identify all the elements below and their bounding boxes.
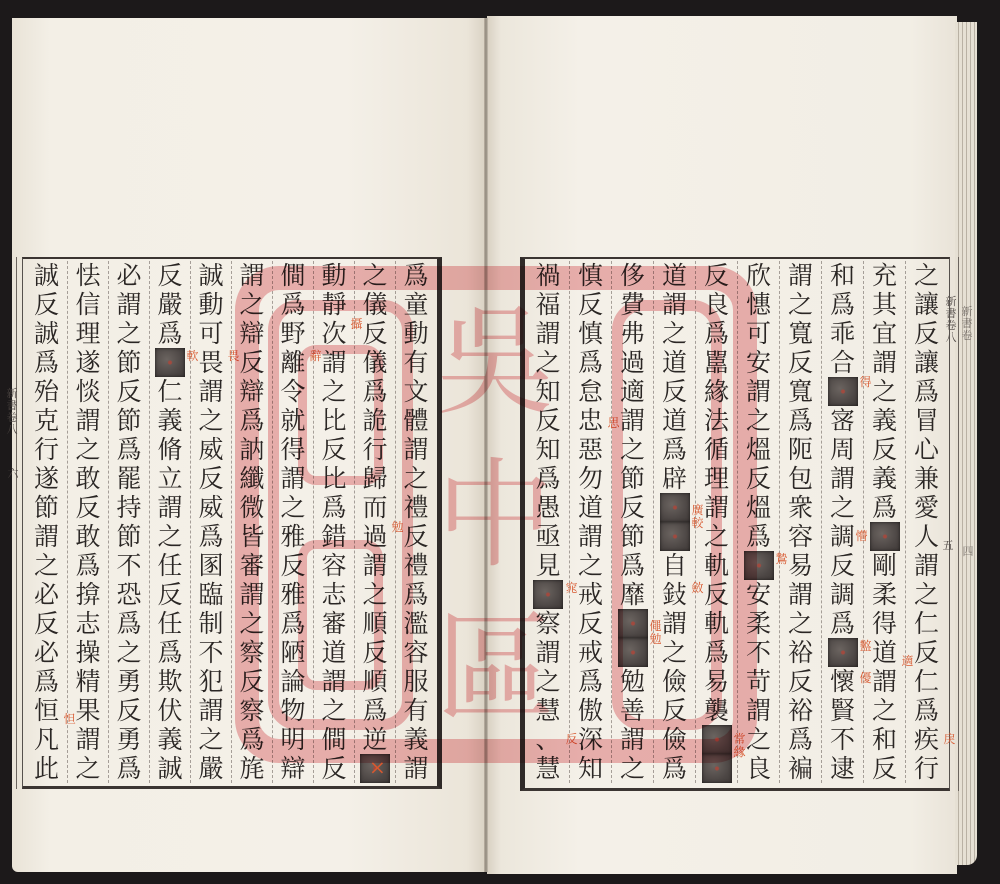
character: 審 xyxy=(232,551,272,580)
character: 反 xyxy=(527,406,569,435)
character: 反 xyxy=(109,377,149,406)
character: 讓 xyxy=(906,348,947,377)
character: 之 xyxy=(109,319,149,348)
character: 必 xyxy=(109,261,149,290)
red-correction-annotation: 攝 xyxy=(350,318,363,331)
character: 謂 xyxy=(355,551,395,580)
ink-block xyxy=(155,348,185,377)
character: 疾 xyxy=(906,725,947,754)
red-correction-annotation: 反 xyxy=(565,733,578,746)
text-column: 道謂之道反道爲辟自鈙謂之儉反儉爲廣較斂 xyxy=(653,261,695,783)
character: 懷 xyxy=(822,667,863,696)
character: 爲 xyxy=(355,377,395,406)
character: 軌 xyxy=(696,551,737,580)
character: 爲 xyxy=(527,464,569,493)
character: 動 xyxy=(314,261,354,290)
character: 嚴 xyxy=(150,290,190,319)
character: 之 xyxy=(26,551,67,580)
red-correction-annotation: 怛 xyxy=(63,713,76,726)
character: 爲 xyxy=(780,725,821,754)
text-column: 之讓反讓爲冒心兼愛人謂之仁反仁爲疾行戾 xyxy=(905,261,947,783)
character: 反 xyxy=(314,754,354,783)
red-correction-annotation: 適 xyxy=(901,655,914,668)
character: 爲 xyxy=(906,377,947,406)
character: 節 xyxy=(612,522,653,551)
character: 行 xyxy=(355,435,395,464)
character: 服 xyxy=(396,667,436,696)
character: 謂 xyxy=(68,725,108,754)
character: 義 xyxy=(150,725,190,754)
character: 爲 xyxy=(738,522,779,551)
red-correction-annotation: 得 xyxy=(859,376,872,389)
character: 察 xyxy=(527,609,569,638)
character: 容 xyxy=(780,522,821,551)
character: 仁 xyxy=(150,377,190,406)
character: 恒 xyxy=(26,696,67,725)
character: 微 xyxy=(232,493,272,522)
character: 勇 xyxy=(109,725,149,754)
red-correction-annotation: 鷙 xyxy=(775,553,788,566)
character: 節 xyxy=(109,522,149,551)
character: 反 xyxy=(654,377,695,406)
character: 、 xyxy=(527,725,569,754)
character: 愛 xyxy=(906,493,947,522)
character: 褊 xyxy=(780,754,821,783)
text-column: 禍福謂之知反知爲愚亟見察謂之慧、慧窕反 xyxy=(527,261,569,783)
character: 得 xyxy=(864,609,905,638)
character: 次 xyxy=(314,319,354,348)
character: 比 xyxy=(314,406,354,435)
character: 反 xyxy=(780,667,821,696)
character: 之 xyxy=(273,493,313,522)
character: 熅 xyxy=(738,435,779,464)
character: 義 xyxy=(396,725,436,754)
ink-block xyxy=(533,580,563,609)
character: 法 xyxy=(696,406,737,435)
character: 仁 xyxy=(906,667,947,696)
character: 憓 xyxy=(738,290,779,319)
character: 誠 xyxy=(26,319,67,348)
character: 宻 xyxy=(822,406,863,435)
character: 爲 xyxy=(780,406,821,435)
red-correction-annotation: 優 xyxy=(859,672,872,685)
character: 野 xyxy=(273,319,313,348)
character: 賢 xyxy=(822,696,863,725)
character: 察 xyxy=(232,696,272,725)
character: 理 xyxy=(696,464,737,493)
character: 福 xyxy=(527,290,569,319)
character: 爲 xyxy=(864,493,905,522)
character: 之 xyxy=(396,464,436,493)
character: 慎 xyxy=(570,319,611,348)
character: 軌 xyxy=(696,609,737,638)
character: 操 xyxy=(68,638,108,667)
ink-block xyxy=(660,493,690,522)
character: 柔 xyxy=(738,609,779,638)
character: 勉 xyxy=(612,667,653,696)
red-correction-annotation: 軟 xyxy=(186,350,199,363)
ink-block xyxy=(618,609,648,638)
character: 循 xyxy=(696,435,737,464)
character: 爲 xyxy=(150,319,190,348)
character: 謂 xyxy=(232,580,272,609)
character: 義 xyxy=(864,464,905,493)
character: 忠 xyxy=(570,406,611,435)
character: 心 xyxy=(906,435,947,464)
character: 謂 xyxy=(822,464,863,493)
character: 志 xyxy=(68,609,108,638)
character: 此 xyxy=(26,754,67,783)
character: 反 xyxy=(232,667,272,696)
character: 伏 xyxy=(150,696,190,725)
character: 威 xyxy=(191,493,231,522)
ink-block xyxy=(828,638,858,667)
character: 皆 xyxy=(232,522,272,551)
text-column: 怯信理遂惔謂之敢反敢爲揜志操精果謂之 xyxy=(67,261,108,783)
character: 辯 xyxy=(232,377,272,406)
red-correction-annotation: 懵 xyxy=(855,530,868,543)
character: 慧 xyxy=(527,696,569,725)
character: 爲 xyxy=(191,522,231,551)
red-correction-annotation: 盭 xyxy=(859,640,872,653)
character: 比 xyxy=(314,464,354,493)
character: 反 xyxy=(906,319,947,348)
character: 爲 xyxy=(68,551,108,580)
character: 道 xyxy=(314,638,354,667)
character: 怠 xyxy=(570,377,611,406)
ink-block xyxy=(744,551,774,580)
character: 嚴 xyxy=(191,754,231,783)
character: 費 xyxy=(612,290,653,319)
stack-page-number: 四 xyxy=(962,546,974,558)
character: 裕 xyxy=(780,638,821,667)
character: 明 xyxy=(273,725,313,754)
character: 緣 xyxy=(696,377,737,406)
character: 物 xyxy=(273,696,313,725)
character: 誠 xyxy=(150,754,190,783)
character: 亟 xyxy=(527,522,569,551)
character: 之 xyxy=(906,580,947,609)
ink-block xyxy=(660,522,690,551)
character: 周 xyxy=(822,435,863,464)
character: 仁 xyxy=(906,609,947,638)
character: 謂 xyxy=(109,290,149,319)
character: 爲 xyxy=(396,580,436,609)
character: 謂 xyxy=(68,406,108,435)
character: 之 xyxy=(864,696,905,725)
character: 有 xyxy=(396,696,436,725)
character: 敢 xyxy=(68,464,108,493)
character: 反 xyxy=(150,261,190,290)
character: 謂 xyxy=(273,464,313,493)
character: 反 xyxy=(150,580,190,609)
character: 克 xyxy=(26,406,67,435)
character: 反 xyxy=(273,551,313,580)
text-column: 欣憓可安謂之熅反熅爲安柔不苛謂之良鷙 xyxy=(737,261,779,783)
character: 爲 xyxy=(109,435,149,464)
text-column: 慎反慎爲怠忠惡勿道謂之戒反戒爲傲深知思 xyxy=(569,261,611,783)
character: 圂 xyxy=(191,551,231,580)
character: 適 xyxy=(612,377,653,406)
character: 辯 xyxy=(232,319,272,348)
character: 僴 xyxy=(314,725,354,754)
character: 之 xyxy=(355,261,395,290)
character: 容 xyxy=(314,551,354,580)
character: 謂 xyxy=(780,580,821,609)
character: 雅 xyxy=(273,522,313,551)
character: 論 xyxy=(273,667,313,696)
character: 謂 xyxy=(232,261,272,290)
text-column: 必謂之節反節爲罷持節不恐爲之勇反勇爲 xyxy=(108,261,149,783)
character: 合 xyxy=(822,348,863,377)
character: 犯 xyxy=(191,667,231,696)
character: 乖 xyxy=(822,319,863,348)
character: 信 xyxy=(68,290,108,319)
text-column: 謂之寬反寬爲阨包衆容易謂之裕反裕爲褊 xyxy=(779,261,821,783)
character: 之 xyxy=(68,435,108,464)
character: 寬 xyxy=(780,377,821,406)
character: 精 xyxy=(68,667,108,696)
character: 節 xyxy=(612,464,653,493)
character: 愚 xyxy=(527,493,569,522)
character: 謂 xyxy=(26,522,67,551)
character: 宜 xyxy=(864,319,905,348)
character: 勇 xyxy=(109,667,149,696)
character: 惡 xyxy=(570,435,611,464)
character: 之 xyxy=(906,261,947,290)
character: 爲 xyxy=(696,319,737,348)
character: 知 xyxy=(570,754,611,783)
red-correction-annotation: 窕 xyxy=(565,582,578,595)
character: 襲 xyxy=(696,696,737,725)
character: 勿 xyxy=(570,464,611,493)
character: 過 xyxy=(355,522,395,551)
character: 爲 xyxy=(612,551,653,580)
character: 制 xyxy=(191,609,231,638)
character: 立 xyxy=(150,464,190,493)
character: 戒 xyxy=(570,638,611,667)
ink-block xyxy=(618,638,648,667)
character: 道 xyxy=(570,493,611,522)
character: 爲 xyxy=(570,667,611,696)
text-column: 反嚴爲仁義脩立謂之任反任爲欺伏義誠軟 xyxy=(149,261,190,783)
text-column: 誠反誠爲殆克行遂節謂之必反必爲恒凡此怛 xyxy=(26,261,67,783)
character: 謂 xyxy=(654,290,695,319)
character: 反 xyxy=(570,290,611,319)
character: 任 xyxy=(150,551,190,580)
character: 反 xyxy=(864,754,905,783)
character: 爲 xyxy=(696,638,737,667)
character: 其 xyxy=(864,290,905,319)
character: 儉 xyxy=(654,667,695,696)
character: 人 xyxy=(906,522,947,551)
character: 雅 xyxy=(273,580,313,609)
character: 之 xyxy=(68,754,108,783)
character: 義 xyxy=(864,406,905,435)
character: 之 xyxy=(654,319,695,348)
character: 儉 xyxy=(654,725,695,754)
character: 道 xyxy=(654,348,695,377)
character: 爲 xyxy=(355,696,395,725)
character: 義 xyxy=(150,406,190,435)
character: 敢 xyxy=(68,522,108,551)
character: 就 xyxy=(273,406,313,435)
character: 志 xyxy=(314,580,354,609)
character: 反 xyxy=(355,638,395,667)
character: 歸 xyxy=(355,464,395,493)
character: 可 xyxy=(191,319,231,348)
character: 動 xyxy=(191,290,231,319)
character: 詭 xyxy=(355,406,395,435)
character: 欺 xyxy=(150,667,190,696)
character: 禮 xyxy=(396,493,436,522)
character: 爲 xyxy=(109,609,149,638)
character: 童 xyxy=(396,290,436,319)
character: 不 xyxy=(191,638,231,667)
text-column: 侈費弗過適謂之節反節爲靡勉善謂之僶勉 xyxy=(611,261,653,783)
character: 和 xyxy=(864,725,905,754)
margin-rule xyxy=(16,257,17,789)
character: 爲 xyxy=(654,754,695,783)
character: 爲 xyxy=(109,754,149,783)
character: 自 xyxy=(654,551,695,580)
character: 訥 xyxy=(232,435,272,464)
character: 爲 xyxy=(396,261,436,290)
character: 之 xyxy=(232,609,272,638)
character: 節 xyxy=(26,493,67,522)
character: 反 xyxy=(26,290,67,319)
character: 之 xyxy=(612,754,653,783)
character: 逮 xyxy=(822,754,863,783)
character: 靜 xyxy=(314,290,354,319)
character: 必 xyxy=(26,580,67,609)
character: 誠 xyxy=(191,261,231,290)
character: 善 xyxy=(612,696,653,725)
character: 爲 xyxy=(654,435,695,464)
red-correction-annotation: 戾 xyxy=(943,733,956,746)
character: 反 xyxy=(738,464,779,493)
character: 殆 xyxy=(26,377,67,406)
character: 禮 xyxy=(396,551,436,580)
text-column: 充其宜謂之義反義爲剛柔得道謂之和反懵適 xyxy=(863,261,905,783)
character: 良 xyxy=(696,290,737,319)
character: 道 xyxy=(654,261,695,290)
character: 謂 xyxy=(527,319,569,348)
character: 遂 xyxy=(68,348,108,377)
text-column: 之儀反儀爲詭行歸而過謂之順反順爲逆勉× xyxy=(354,261,395,783)
character: 得 xyxy=(273,435,313,464)
character: 謂 xyxy=(570,522,611,551)
character: 寬 xyxy=(780,319,821,348)
character: 道 xyxy=(654,406,695,435)
character: 儀 xyxy=(355,290,395,319)
character: 之 xyxy=(612,435,653,464)
ink-block xyxy=(870,522,900,551)
character: 爲 xyxy=(26,667,67,696)
character: 謂 xyxy=(396,754,436,783)
character: 反 xyxy=(68,493,108,522)
character: 之 xyxy=(191,406,231,435)
character: 安 xyxy=(738,580,779,609)
character: 謂 xyxy=(906,551,947,580)
character: 離 xyxy=(273,348,313,377)
character: 反 xyxy=(654,696,695,725)
character: 威 xyxy=(191,435,231,464)
character: 脩 xyxy=(150,435,190,464)
character: 謂 xyxy=(738,377,779,406)
character: 之 xyxy=(527,667,569,696)
character: 之 xyxy=(314,377,354,406)
ink-block xyxy=(828,377,858,406)
character: 阨 xyxy=(780,435,821,464)
character: 知 xyxy=(527,435,569,464)
character: 恐 xyxy=(109,580,149,609)
character: 行 xyxy=(26,435,67,464)
character: 之 xyxy=(355,580,395,609)
character: 有 xyxy=(396,348,436,377)
character: 之 xyxy=(780,290,821,319)
character: 任 xyxy=(150,609,190,638)
character: 欣 xyxy=(738,261,779,290)
character: 爲 xyxy=(232,406,272,435)
red-correction-annotation: 思 xyxy=(607,417,620,430)
text-column: 誠動可畏謂之威反威爲圂臨制不犯謂之嚴畏 xyxy=(190,261,231,783)
character: 濫 xyxy=(396,609,436,638)
character: 反 xyxy=(696,261,737,290)
character: 謂 xyxy=(314,667,354,696)
character: 容 xyxy=(396,638,436,667)
character: 謂 xyxy=(150,493,190,522)
character: 察 xyxy=(232,638,272,667)
text-column: 動靜次謂之比反比爲錯容志審道謂之僴反攝 xyxy=(313,261,354,783)
character: 柔 xyxy=(864,580,905,609)
character: 錯 xyxy=(314,522,354,551)
character: 順 xyxy=(355,667,395,696)
character: 不 xyxy=(738,638,779,667)
ink-block xyxy=(702,754,732,783)
character: 謂 xyxy=(780,261,821,290)
character: 知 xyxy=(527,377,569,406)
character: 易 xyxy=(696,667,737,696)
character: 辯 xyxy=(273,754,313,783)
character: 臨 xyxy=(191,580,231,609)
character: 儀 xyxy=(355,348,395,377)
left-page-number: 六 xyxy=(7,468,19,480)
character: 爲 xyxy=(570,348,611,377)
character: 逆 xyxy=(355,725,395,754)
character: 之 xyxy=(738,406,779,435)
character: 反 xyxy=(109,696,149,725)
right-page-text-frame: 之讓反讓爲冒心兼愛人謂之仁反仁爲疾行戾充其宜謂之義反義爲剛柔得道謂之和反懵適和爲… xyxy=(520,257,950,791)
character: 嚚 xyxy=(696,348,737,377)
character: 惔 xyxy=(68,377,108,406)
text-column: 謂之辯反辯爲訥纖微皆審謂之察反察爲旄 xyxy=(231,261,272,783)
character: 反 xyxy=(864,435,905,464)
character: 動 xyxy=(396,319,436,348)
red-correction-annotation: 畏 xyxy=(227,350,240,363)
text-column: 和爲乖合宻周謂之調反調爲懷賢不逮得盭優 xyxy=(821,261,863,783)
character: 包 xyxy=(780,464,821,493)
character: 充 xyxy=(864,261,905,290)
character: 不 xyxy=(822,725,863,754)
character: 調 xyxy=(822,580,863,609)
character: 鈙 xyxy=(654,580,695,609)
character: 剛 xyxy=(864,551,905,580)
character: 持 xyxy=(109,493,149,522)
character: 苛 xyxy=(738,667,779,696)
character: 安 xyxy=(738,348,779,377)
character: 不 xyxy=(109,551,149,580)
